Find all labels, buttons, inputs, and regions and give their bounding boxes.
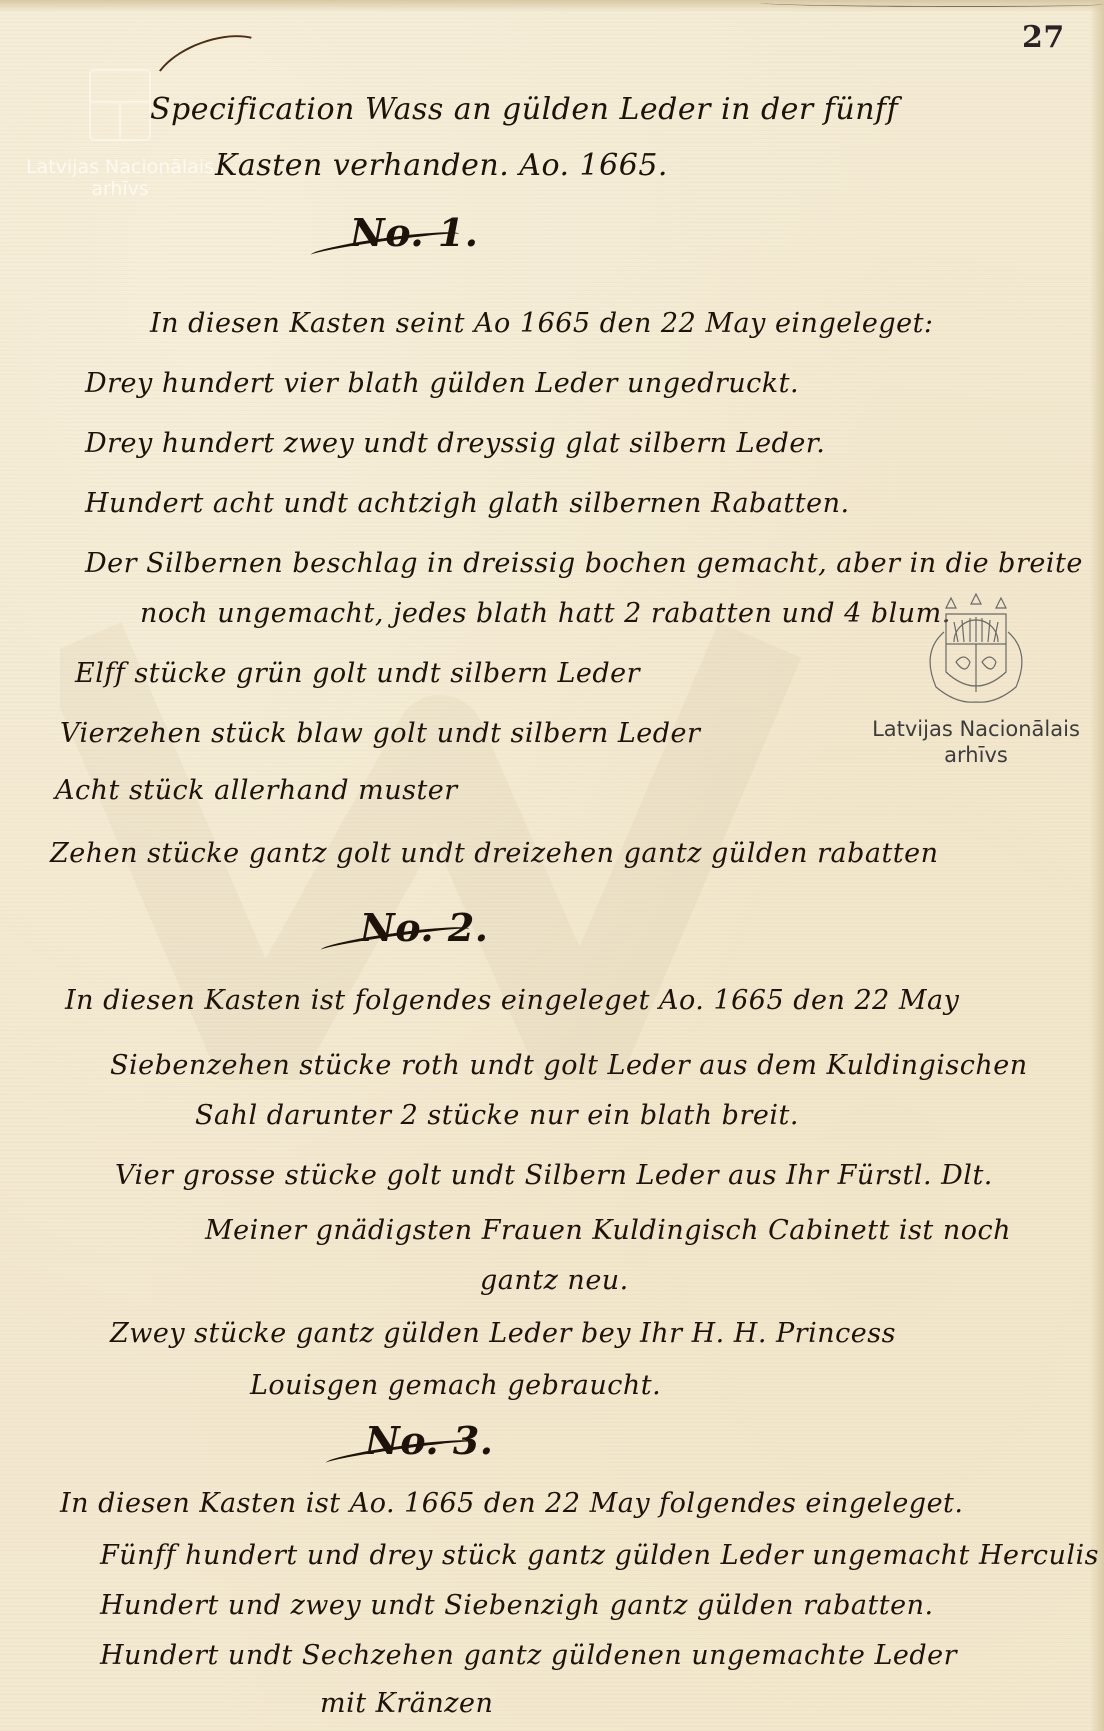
section-2-line: Meiner gnädigsten Frauen Kuldingisch Cab…: [205, 1215, 1011, 1246]
section-1-line: In diesen Kasten seint Ao 1665 den 22 Ma…: [150, 308, 934, 339]
section-2-line: Sahl darunter 2 stücke nur ein blath bre…: [195, 1100, 799, 1131]
section-1-line: Hundert acht undt achtzigh glath silbern…: [85, 488, 850, 519]
section-2-line: gantz neu.: [480, 1265, 629, 1296]
coat-of-arms-icon: [80, 62, 160, 152]
section-2-line: Louisgen gemach gebraucht.: [250, 1370, 661, 1401]
section-2-line: Siebenzehen stücke roth undt golt Leder …: [110, 1050, 1028, 1081]
archive-watermark-right: Latvijas Nacionālais arhīvs: [866, 592, 1086, 802]
section-2-line: Vier grosse stücke golt undt Silbern Led…: [115, 1160, 993, 1191]
section-1-line: Der Silbernen beschlag in dreissig boche…: [85, 548, 1083, 579]
watermark-right-line2: arhīvs: [866, 742, 1086, 768]
section-3-line: mit Kränzen: [320, 1688, 493, 1719]
section-1-line: Zehen stücke gantz golt undt dreizehen g…: [50, 838, 939, 869]
section-3-line: Hundert undt Sechzehen gantz güldenen un…: [100, 1640, 957, 1671]
section-1-line: Drey hundert vier blath gülden Leder ung…: [85, 368, 799, 399]
title-line-2: Kasten verhanden. Ao. 1665.: [215, 148, 668, 183]
watermark-left-line2: arhīvs: [20, 178, 220, 200]
watermark-left-line1: Latvijas Nacionālais: [20, 156, 220, 178]
section-3-line: Hundert und zwey undt Siebenzigh gantz g…: [100, 1590, 934, 1621]
section-heading-2: No. 2.: [360, 905, 489, 950]
section-2-line: In diesen Kasten ist folgendes eingelege…: [65, 985, 959, 1016]
section-1-line: Elff stücke grün golt undt silbern Leder: [75, 658, 640, 689]
section-3-line: In diesen Kasten ist Ao. 1665 den 22 May…: [60, 1488, 964, 1519]
section-3-line: Fünff hundert und drey stück gantz gülde…: [100, 1540, 1099, 1571]
section-2-line: Zwey stücke gantz gülden Leder bey Ihr H…: [110, 1318, 896, 1349]
section-heading-1: No. 1.: [350, 210, 479, 255]
watermark-right-line1: Latvijas Nacionālais: [866, 716, 1086, 742]
paper-edge-right: [1090, 0, 1104, 1731]
coat-of-arms-icon: [906, 592, 1046, 712]
section-heading-3: No. 3.: [365, 1418, 494, 1463]
section-1-line: Acht stück allerhand muster: [55, 775, 458, 806]
section-1-line: noch ungemacht, jedes blath hatt 2 rabat…: [140, 598, 951, 629]
section-1-line: Drey hundert zwey undt dreyssig glat sil…: [85, 428, 825, 459]
page-number: 27: [1022, 20, 1065, 55]
section-1-line: Vierzehen stück blaw golt undt silbern L…: [60, 718, 700, 749]
title-line-1: Specification Wass an gülden Leder in de…: [150, 92, 898, 127]
